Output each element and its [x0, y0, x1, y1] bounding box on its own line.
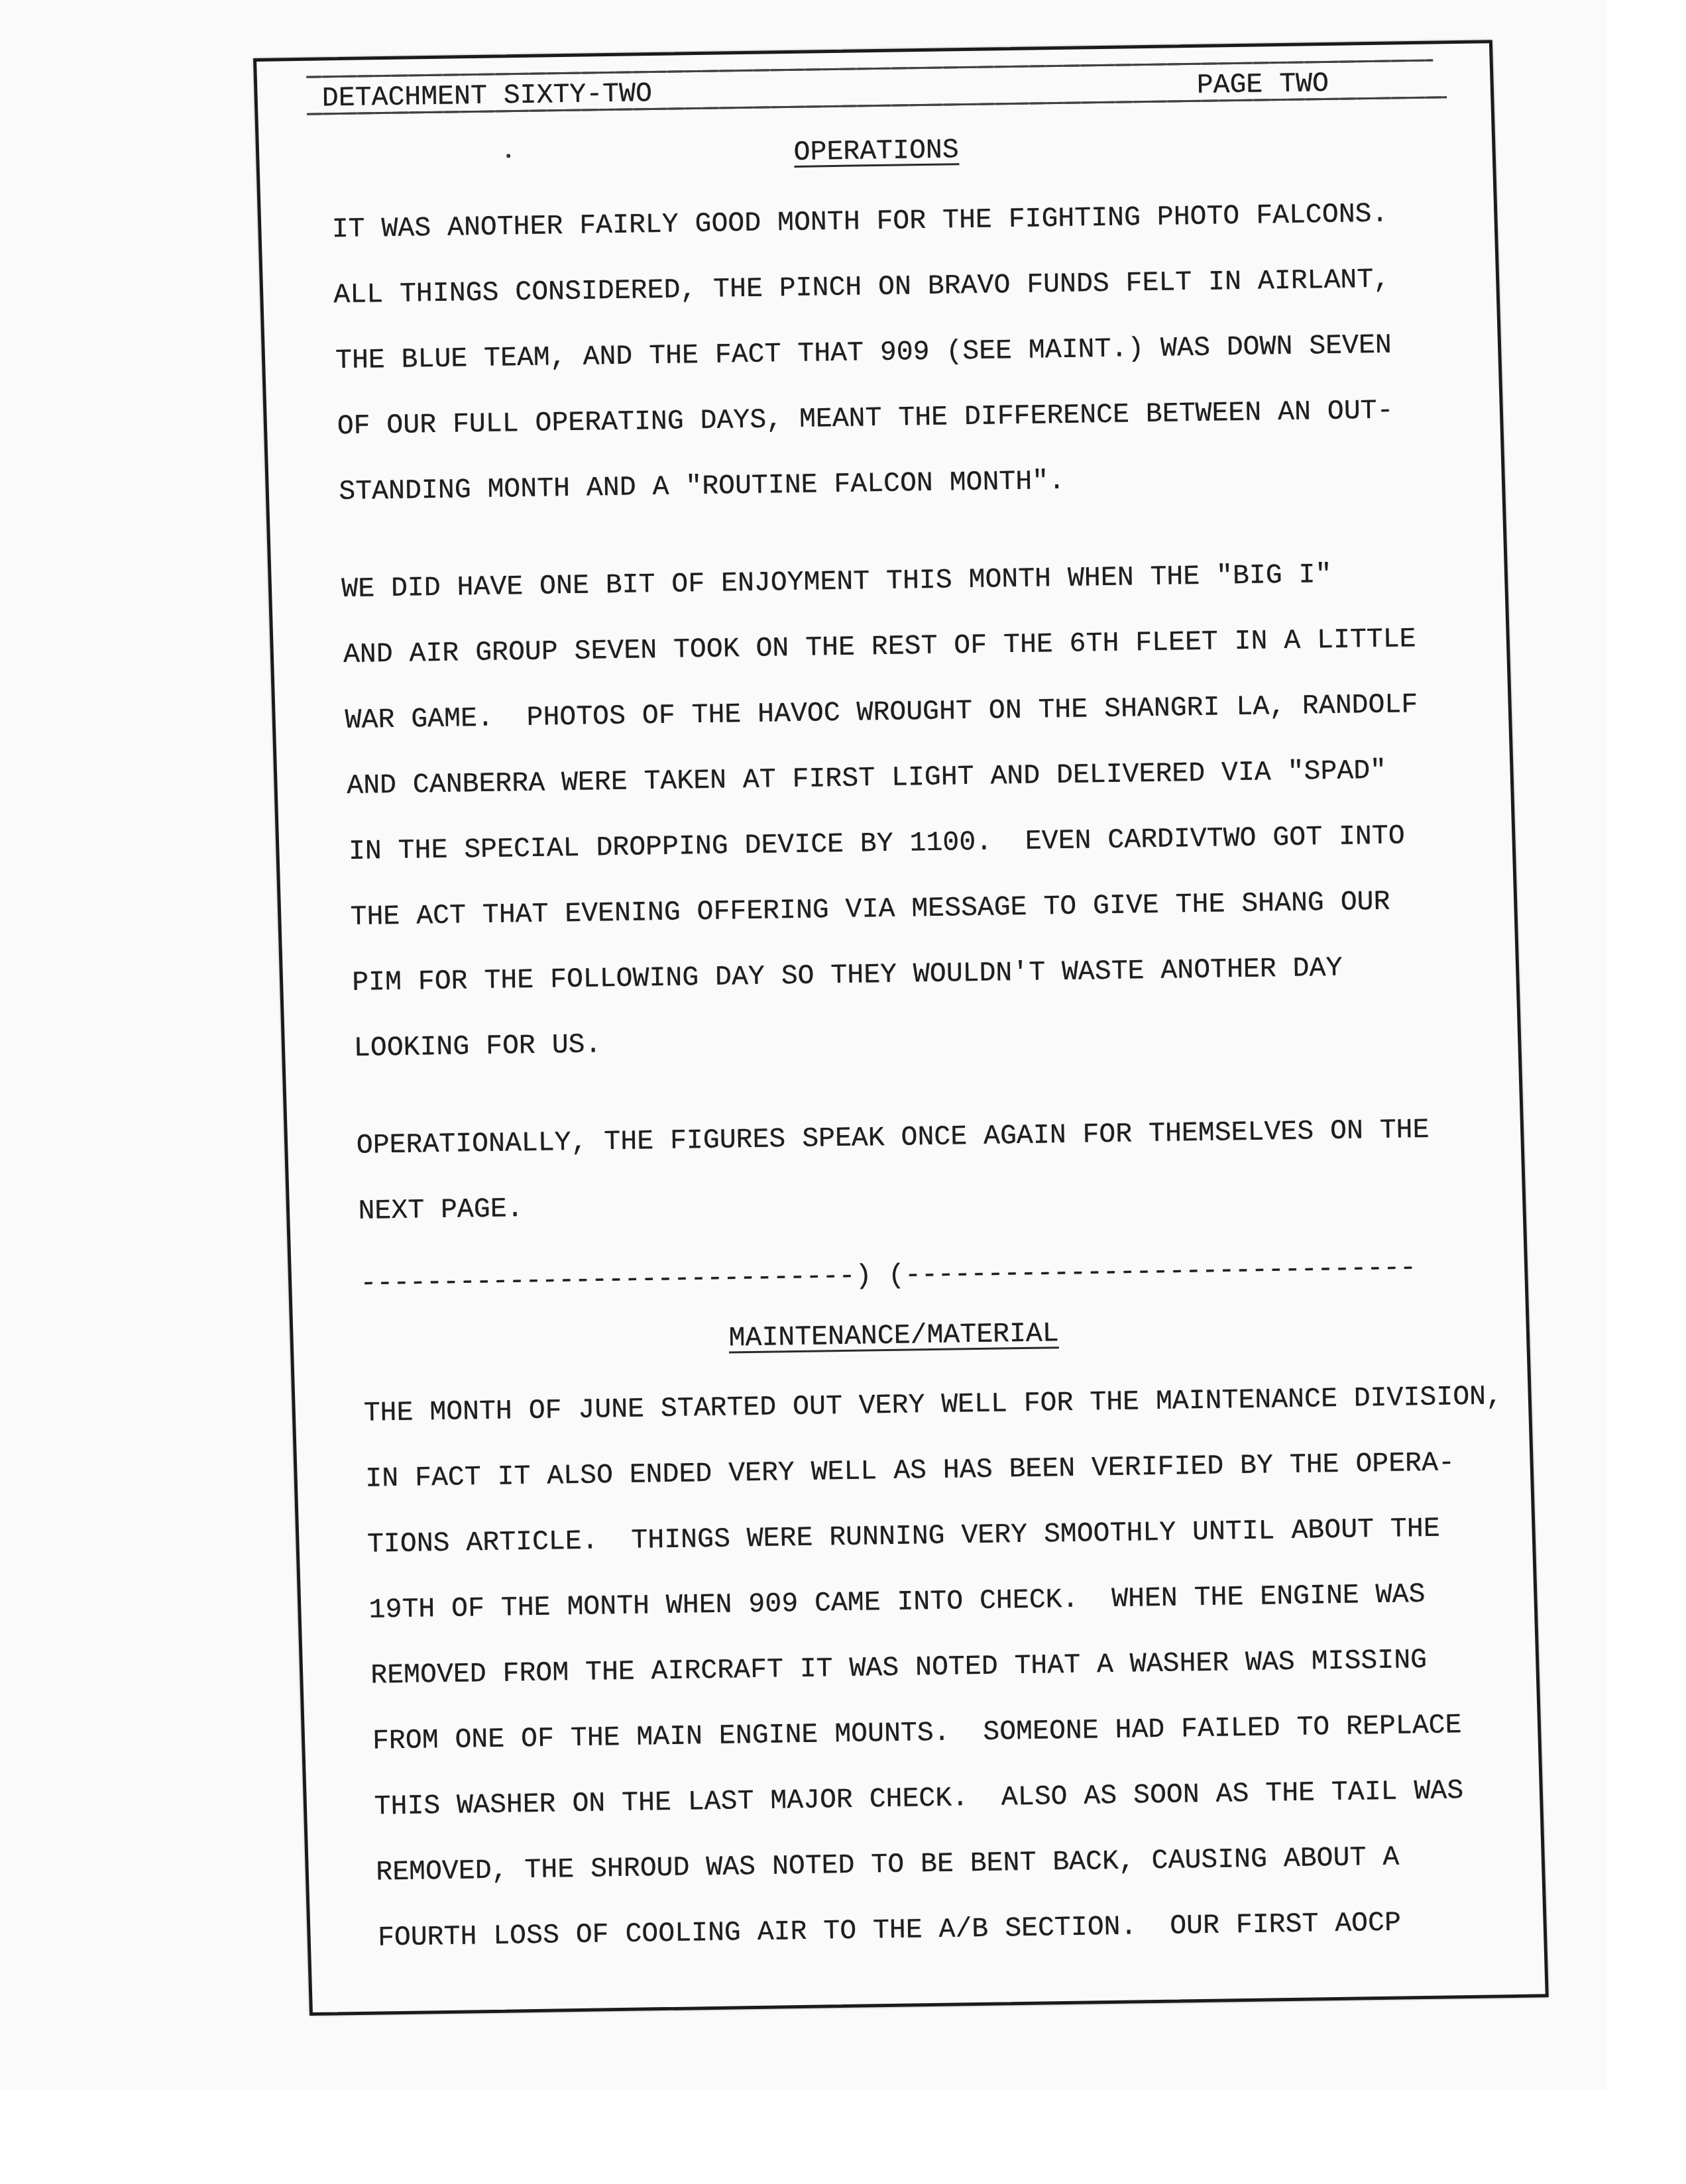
- body-line: NEXT PAGE.: [358, 1195, 524, 1225]
- header-left-title: DETACHMENT SIXTY-TWO: [322, 80, 653, 113]
- section-heading: OPERATIONS: [793, 136, 959, 166]
- header-page-number: PAGE TWO: [1196, 70, 1329, 99]
- section-separator-right: (-------------------------------: [888, 1254, 1416, 1289]
- section-separator-left: ------------------------------): [360, 1262, 872, 1297]
- document-body: OPERATIONSIT WAS ANOTHER FAIRLY GOOD MON…: [0, 0, 1685, 4]
- ink-speck: [506, 154, 510, 158]
- body-line: LOOKING FOR US.: [354, 1031, 602, 1062]
- document-page: DETACHMENT SIXTY-TWO PAGE TWO OPERATIONS…: [0, 0, 1686, 2184]
